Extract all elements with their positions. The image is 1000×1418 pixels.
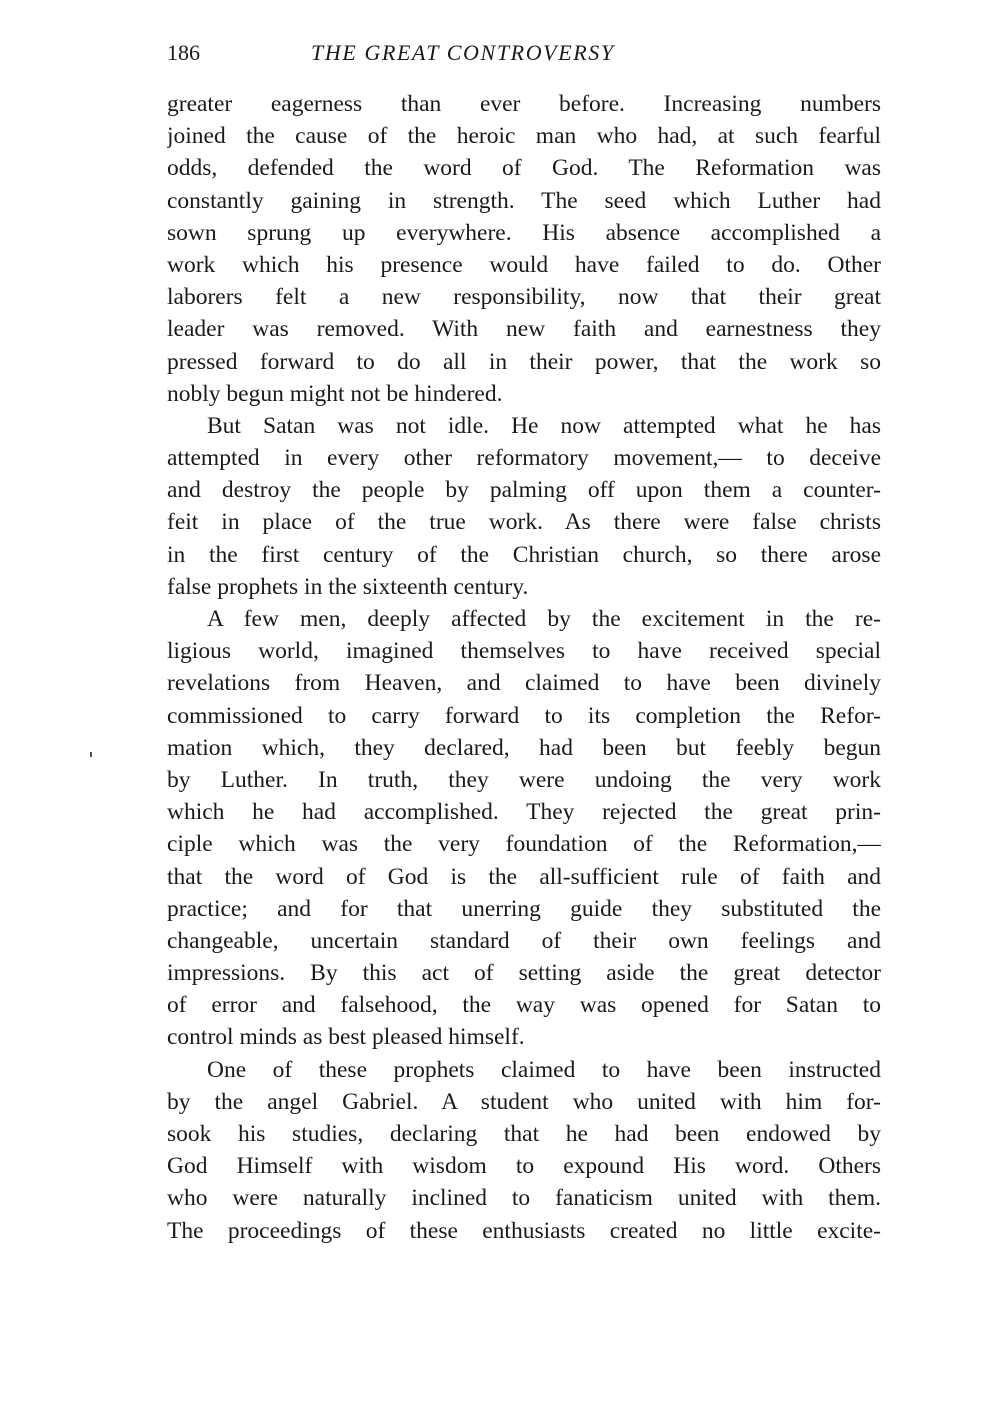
text-line: constantly gaining in strength. The seed… bbox=[167, 185, 881, 217]
running-head: 186 THE GREAT CONTROVERSY bbox=[167, 38, 881, 68]
text-line: But Satan was not idle. He now attempted… bbox=[167, 410, 881, 442]
paragraph: A few men, deeply affected by the excite… bbox=[167, 603, 881, 1054]
page-number: 186 bbox=[167, 38, 200, 68]
text-line: greater eagerness than ever before. Incr… bbox=[167, 88, 881, 120]
text-line: and destroy the people by palming off up… bbox=[167, 474, 881, 506]
text-line: ciple which was the very foundation of t… bbox=[167, 828, 881, 860]
text-line: A few men, deeply affected by the excite… bbox=[167, 603, 881, 635]
text-line: in the first century of the Christian ch… bbox=[167, 539, 881, 571]
text-line: attempted in every other reformatory mov… bbox=[167, 442, 881, 474]
scan-speck bbox=[90, 752, 92, 757]
text-line: commissioned to carry forward to its com… bbox=[167, 700, 881, 732]
text-line: by the angel Gabriel. A student who unit… bbox=[167, 1086, 881, 1118]
text-line: laborers felt a new responsibility, now … bbox=[167, 281, 881, 313]
text-line: false prophets in the sixteenth century. bbox=[167, 571, 881, 603]
text-line: The proceedings of these enthusiasts cre… bbox=[167, 1215, 881, 1247]
text-line: sown sprung up everywhere. His absence a… bbox=[167, 217, 881, 249]
paragraph: greater eagerness than ever before. Incr… bbox=[167, 88, 881, 410]
body-text: greater eagerness than ever before. Incr… bbox=[167, 88, 881, 1247]
text-line: leader was removed. With new faith and e… bbox=[167, 313, 881, 345]
paragraph: One of these prophets claimed to have be… bbox=[167, 1054, 881, 1247]
text-line: ligious world, imagined themselves to ha… bbox=[167, 635, 881, 667]
text-line: that the word of God is the all-sufficie… bbox=[167, 861, 881, 893]
book-page: 186 THE GREAT CONTROVERSY greater eagern… bbox=[0, 0, 1000, 1418]
text-line: sook his studies, declaring that he had … bbox=[167, 1118, 881, 1150]
text-line: One of these prophets claimed to have be… bbox=[167, 1054, 881, 1086]
text-line: work which his presence would have faile… bbox=[167, 249, 881, 281]
text-line: odds, defended the word of God. The Refo… bbox=[167, 152, 881, 184]
text-line: which he had accomplished. They rejected… bbox=[167, 796, 881, 828]
text-line: revelations from Heaven, and claimed to … bbox=[167, 667, 881, 699]
text-line: changeable, uncertain standard of their … bbox=[167, 925, 881, 957]
paragraph: But Satan was not idle. He now attempted… bbox=[167, 410, 881, 603]
text-line: impressions. By this act of setting asid… bbox=[167, 957, 881, 989]
text-line: of error and falsehood, the way was open… bbox=[167, 989, 881, 1021]
text-line: feit in place of the true work. As there… bbox=[167, 506, 881, 538]
text-line: mation which, they declared, had been bu… bbox=[167, 732, 881, 764]
text-line: who were naturally inclined to fanaticis… bbox=[167, 1182, 881, 1214]
text-line: by Luther. In truth, they were undoing t… bbox=[167, 764, 881, 796]
running-title: THE GREAT CONTROVERSY bbox=[311, 38, 615, 68]
text-line: practice; and for that unerring guide th… bbox=[167, 893, 881, 925]
text-line: God Himself with wisdom to expound His w… bbox=[167, 1150, 881, 1182]
text-line: joined the cause of the heroic man who h… bbox=[167, 120, 881, 152]
text-line: pressed forward to do all in their power… bbox=[167, 346, 881, 378]
text-line: nobly begun might not be hindered. bbox=[167, 378, 881, 410]
text-line: control minds as best pleased himself. bbox=[167, 1021, 881, 1053]
